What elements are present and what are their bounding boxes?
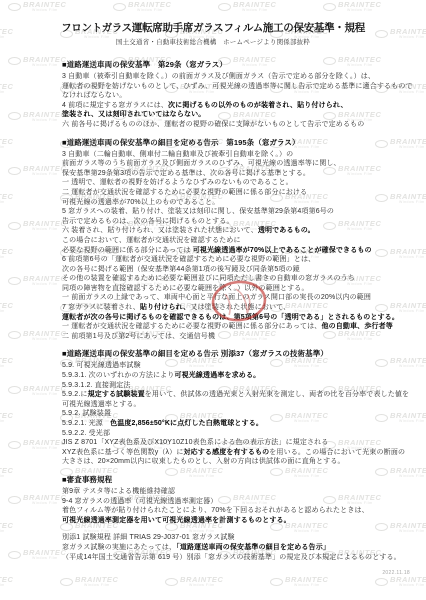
text-segment: 告示で定めるものは、次の各号に掲げるものとする。 [62,218,234,225]
braintec-logo-icon [218,3,231,11]
text-line: 4 前項に規定する窓ガラスには、次に掲げるもの以外のものが装着され、貼り付けられ… [62,101,418,111]
braintec-logo-icon [60,578,73,586]
watermark-sub-text: Window Film [75,583,119,587]
text-segment: を用いて、供試体の透過光束と入射光束を測定し、両者の比を百分率で表した値を [145,391,409,398]
braintec-logo-icon [375,578,388,586]
text-segment: 第9章 テスタ等による機能維持確認 [62,488,175,495]
text-line: 六 前各号に掲げるもののほか、運転者の視野の確保に支障がないものとして告示で定め… [62,120,418,130]
watermark-brand-text: BRAINTEC [75,576,119,583]
text-line: 六 装着され、貼り付けられ、又は塗装された状態において、透明であるもの。 [62,226,418,236]
text-line: 前面ガラス等のうち前面ガラス及び側面ガラスのひずみ、可視光線の透過率等に関し、 [62,159,418,169]
text-line: 3 自動車（二輪自動車、側車付二輪自動車及び被牽引自動車を除く。）の [62,150,418,160]
braintec-watermark: BRAINTECWindow Film [375,576,426,587]
text-line: 着色フィルム等が貼り付けられたことにより、70%を下回るおそれがあると認められた… [62,506,418,516]
text-segment: 7 窓ガラスに装着され、 [62,304,140,311]
braintec-watermark: BRAINTECWindow Film [323,1,382,12]
text-segment: 別添1 試験規程 詳細 TRIAS 29-J037-01 窓ガラス試験 [62,534,235,541]
section-heading: ■道路運送車両の保安基準 第29条（窓ガラス） [62,60,418,70]
text-line: 5.9.3.1. 次のいずれかの方法により可視光線透過率を求める。 [62,371,418,381]
text-segment: 規定する試験装置 [88,391,145,398]
braintec-watermark: BRAINTECWindow Film [270,576,329,587]
text-segment: 必要な視野の範囲に係る部分にあっては [62,247,193,254]
text-segment: 可視光線の透過率が70%以上のものであること。 [62,199,219,206]
text-segment: 5.9.2.に [62,391,88,398]
watermark-brand-text: BRAINTEC [23,1,67,8]
text-line: 塗装され、又は刻印されていてはならない。 [62,110,418,120]
text-segment: 前面ガラス等のうち前面ガラス及び側面ガラスのひずみ、可視光線の透過率等に関し、 [62,160,341,167]
watermark-brand-text: BRAINTEC [0,576,14,583]
text-line: XYZ表色系に基づく等色関数y（λ）に対応する感度を有するものを用いる。この場合… [62,448,418,458]
text-segment: 同項の障害物を直接確認するために必要な範囲を除く。）以外の範囲とする。 [62,285,309,292]
watermark-sub-text: Window Film [338,8,382,12]
text-segment: その他の装置を確認するために必要な範囲並びに同項ただし書きの自動車の窓ガラスのう… [62,275,355,282]
text-segment: 可視光線透過率とする。 [62,401,141,408]
text-line: 別添1 試験規程 詳細 TRIAS 29-J037-01 窓ガラス試験 [62,533,418,543]
text-segment: 可視光線透過率が70%以上であることが確保できるもの [193,247,372,254]
text-segment: 5.9. 可視光線透過率試験 [62,362,141,369]
watermark-brand-text: BRAINTEC [128,1,172,8]
text-segment: 大きさは、20×20mm以内に収束したものとし、入射の方向は供試体の面に直角とす… [62,458,345,465]
text-segment: 4 前項に規定する窓ガラスには、 [62,102,168,109]
text-segment: 一 前面ガラスの上縁であって、車両中心面と平行な面上のガラス開口部の実長の20%… [62,294,371,301]
text-segment: 塗装され、又は刻印されていてはならない。 [62,111,205,118]
text-line: 5.9.3.1.2. 直接測定法 [62,381,418,391]
text-line: 次の各号に掲げる範囲（保安基準第44条第1項の後写鏡及び同条第5項の鏡 [62,265,418,275]
text-line: 5.9.2.1. 光源 色温度2,856±50°Kに点灯した白熱電球とする。 [62,419,418,429]
text-segment: なければならない。 [62,92,126,99]
braintec-watermark: BRAINTECWindow Film [218,1,277,12]
text-segment: 着色フィルム等が貼り付けられたことにより、70%を下回るおそれがあると認められた… [62,507,369,514]
text-segment: 貼り付けられ、 [140,304,190,311]
text-line: なければならない。 [62,91,418,101]
braintec-logo-icon [323,3,336,11]
text-segment: 5.9.3.1.2. 直接測定法 [62,382,131,389]
text-line: 二 運転者が交通状況を確認するために必要な視野の範囲に係る部分における [62,188,418,198]
text-line: 第9章 テスタ等による機能維持確認 [62,487,418,497]
text-line: 同項の障害物を直接確認するために必要な範囲を除く。）以外の範囲とする。 [62,284,418,294]
text-segment: 保安基準第29条第3項の告示で定める基準は、次の各号に掲げる基準とする。 [62,170,310,177]
document-body: ■道路運送車両の保安基準 第29条（窓ガラス）3 自動車（被牽引自動車を除く。）… [62,60,418,562]
watermark-brand-text: BRAINTEC [285,576,329,583]
text-line: 必要な視野の範囲に係る部分にあっては 可視光線透過率が70%以上であることが確保… [62,246,418,256]
document-page: BRAINTECWindow FilmBRAINTECWindow FilmBR… [0,0,426,600]
text-segment: 六 前各号に掲げるもののほか、運転者の視野の確保に支障がないものとして告示で定め… [62,121,364,128]
text-segment: 運転者が次の各号に掲げるものを確認できるものは、第5項第6号の「透明である」とさ… [62,314,399,321]
text-line: 可視光線の透過率が70%以上のものであること。 [62,198,418,208]
text-line: 5 窓ガラスへの装着、貼り付け、塗装又は刻印に関し、保安基準第29条第4項第6号… [62,207,418,217]
section: ■道路運送車両の保安基準の細目を定める告示 別添37（窓ガラスの技術基準）5.9… [62,349,418,467]
text-segment: 透明であるもの。 [258,227,315,234]
braintec-watermark: BRAINTECWindow Film [113,1,172,12]
text-line: 9-4 窓ガラスの透過率（可視光線透過率測定器） [62,497,418,507]
text-line: 二 前項第1号及び第2号にあっては、交通信号機 [62,332,418,342]
braintec-watermark: BRAINTECWindow Film [60,576,119,587]
watermark-brand-text: BRAINTEC [390,576,426,583]
text-line: 5.9. 可視光線透過率試験 [62,361,418,371]
section: 別添1 試験規程 詳細 TRIAS 29-J037-01 窓ガラス試験窓ガラス試… [62,533,418,562]
text-line: 5.9.2. 試験装置 [62,409,418,419]
text-segment: 一 運転者が交通状況を確認するために必要な視野の範囲に係る部分にあっては、 [62,323,321,330]
watermark-sub-text: Window Film [180,583,224,587]
text-line: 大きさは、20×20mm以内に収束したものとし、入射の方向は供試体の面に直角とす… [62,457,418,467]
watermark-sub-text: Window Film [128,8,172,12]
footer-date: 2022.11.18 [382,570,410,576]
document-content: フロントガラス運転席助手席ガラスフィルム施工の保安基準・規程 国土交通省・自動車… [0,22,426,562]
text-segment: 二 前項第1号及び第2号にあっては、交通信号機 [62,333,215,340]
text-segment: （平成14年国土交通省告示第 619 号）別添「窓ガラスの技術基準」の規定及び本… [62,554,401,561]
text-line: 告示で定めるものは、次の各号に掲げるものとする。 [62,217,418,227]
section-heading: ■審査事務規程 [62,475,418,485]
text-line: 7 窓ガラスに装着され、貼り付けられ、又は塗装された状態において、 [62,303,418,313]
text-line: 6 前項第6号の「運転者が交通状況を確認するために必要な視野の範囲」とは、 [62,255,418,265]
section: ■道路運送車両の保安基準の細目を定める告示 第195条（窓ガラス）3 自動車（二… [62,138,418,342]
text-segment: 色温度2,856±50°Kに点灯した白熱電球とする。 [110,420,263,427]
text-segment: 六 装着され、貼り付けられ、又は塗装された状態において、 [62,227,258,234]
text-segment: 5.9.2.1. 光源 [62,420,110,427]
watermark-sub-text: Window Film [0,583,14,587]
text-line: 一 運転者が交通状況を確認するために必要な視野の範囲に係る部分にあっては、他の自… [62,322,418,332]
page-title: フロントガラス運転席助手席ガラスフィルム施工の保安基準・規程 [8,22,418,35]
watermark-sub-text: Window Film [390,583,426,587]
section-heading: ■道路運送車両の保安基準の細目を定める告示 別添37（窓ガラスの技術基準） [62,349,418,359]
text-segment: 他の自動車、歩行者等 [321,323,393,330]
text-line: （平成14年国土交通省告示第 619 号）別添「窓ガラスの技術基準」の規定及び本… [62,553,418,563]
text-segment: XYZ表色系に基づく等色関数y（λ）に [62,449,183,456]
text-segment: 6 前項第6号の「運転者が交通状況を確認するために必要な視野の範囲」とは、 [62,256,315,263]
text-segment: この場合において、運転者が交通状況を確認するために [62,237,241,244]
text-line: 一 前面ガラスの上縁であって、車両中心面と平行な面上のガラス開口部の実長の20%… [62,293,418,303]
text-line: 5.9.2.に規定する試験装置を用いて、供試体の透過光束と入射光束を測定し、両者… [62,390,418,400]
text-segment: 可視光線透過率測定器を用いて可視光線透過率を計測するものとする。 [62,517,291,524]
text-segment: 5.9.2. 試験装置 [62,410,111,417]
text-line: 一 透明で、運転者の視野を妨げるようなひずみのないものであること。 [62,178,418,188]
text-line: 可視光線透過率とする。 [62,400,418,410]
text-segment: 運転者の視野を妨げないものとして、ひずみ、可視光線の透過率等に関し告示で定める基… [62,83,413,90]
text-segment: 窓ガラス試験の実施にあたっては、 [62,544,176,551]
text-segment: 可視光線透過率を求める。 [174,372,260,379]
text-line: その他の装置を確認するために必要な範囲並びに同項ただし書きの自動車の窓ガラスのう… [62,274,418,284]
text-line: 3 自動車（被牽引自動車を除く。）の前面ガラス及び側面ガラス（告示で定める部分を… [62,72,418,82]
text-segment: 二 運転者が交通状況を確認するために必要な視野の範囲に係る部分における [62,189,307,196]
text-segment: を用いる。この場合において光束の断面の [269,449,405,456]
section-heading: ■道路運送車両の保安基準の細目を定める告示 第195条（窓ガラス） [62,138,418,148]
text-line: 運転者が次の各号に掲げるものを確認できるものは、第5項第6号の「透明である」とさ… [62,313,418,323]
watermark-brand-text: BRAINTEC [233,1,277,8]
text-line: 可視光線透過率測定器を用いて可視光線透過率を計測するものとする。 [62,516,418,526]
text-line: 運転者の視野を妨げないものとして、ひずみ、可視光線の透過率等に関し告示で定める基… [62,82,418,92]
braintec-watermark: BRAINTECWindow Film [8,1,67,12]
section: ■審査事務規程第9章 テスタ等による機能維持確認9-4 窓ガラスの透過率（可視光… [62,475,418,525]
text-segment: 3 自動車（二輪自動車、側車付二輪自動車及び被牽引自動車を除く。）の [62,151,293,158]
watermark-sub-text: Window Film [285,583,329,587]
braintec-watermark: BRAINTECWindow Film [165,576,224,587]
text-segment: 5.9.2.2. 受光部 [62,430,110,437]
watermark-brand-text: BRAINTEC [180,576,224,583]
text-line: この場合において、運転者が交通状況を確認するために [62,236,418,246]
text-segment: 5.9.3.1. 次のいずれかの方法により [62,372,174,379]
text-segment: 「道路運送車両の保安基準の細目を定める告示」 [176,544,330,551]
watermark-sub-text: Window Film [233,8,277,12]
watermark-sub-text: Window Film [23,8,67,12]
text-segment: 又は塗装された状態において、 [190,304,290,311]
page-subtitle: 国土交通省・自動車技術総合機構 ホームページより関係部抜粋 [8,39,418,47]
text-segment: 一 透明で、運転者の視野を妨げるようなひずみのないものであること。 [62,179,293,186]
text-segment: 3 自動車（被牽引自動車を除く。）の前面ガラス及び側面ガラス（告示で定める部分を… [62,73,375,80]
text-line: 保安基準第29条第3項の告示で定める基準は、次の各号に掲げる基準とする。 [62,169,418,179]
text-segment: 次の各号に掲げる範囲（保安基準第44条第1項の後写鏡及び同条第5項の鏡 [62,266,300,273]
braintec-logo-icon [270,578,283,586]
watermark-brand-text: BRAINTEC [338,1,382,8]
text-segment: 5 窓ガラスへの装着、貼り付け、塗装又は刻印に関し、保安基準第29条第4項第6号… [62,208,334,215]
braintec-logo-icon [165,578,178,586]
text-segment: 9-4 窓ガラスの透過率（可視光線透過率測定器） [62,498,217,505]
braintec-logo-icon [113,3,126,11]
section: ■道路運送車両の保安基準 第29条（窓ガラス）3 自動車（被牽引自動車を除く。）… [62,60,418,130]
braintec-logo-icon [8,3,21,11]
text-line: JIS Z 8701「XYZ表色系及びX10Y10Z10表色系による色の表示方法… [62,438,418,448]
braintec-watermark: BRAINTECWindow Film [0,576,14,587]
text-line: 窓ガラス試験の実施にあたっては、「道路運送車両の保安基準の細目を定める告示」 [62,543,418,553]
text-segment: 対応する感度を有するもの [183,449,269,456]
text-line: 5.9.2.2. 受光部 [62,429,418,439]
text-segment: JIS Z 8701「XYZ表色系及びX10Y10Z10表色系による色の表示方法… [62,439,329,446]
text-segment: 次に掲げるもの以外のものが装着され、貼り付けられ、 [168,102,348,109]
